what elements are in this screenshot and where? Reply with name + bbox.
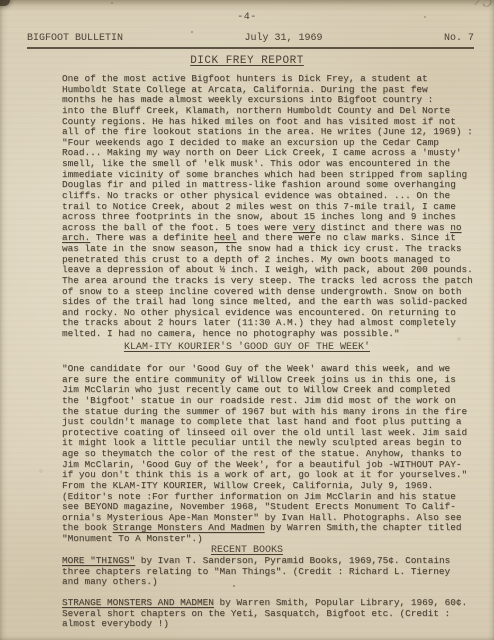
handwritten-corner-mark: 75 <box>471 0 494 11</box>
section-title-text: KLAM-ITY KOURIER'S 'GOOD GUY OF THE WEEK… <box>124 342 370 353</box>
paper-specks <box>0 0 2 2</box>
section-title-dick-frey-report: DICK FREY REPORT <box>0 55 494 67</box>
issue-number: No. 7 <box>444 33 474 44</box>
good-guy-article-text: "One candidate for our 'Good Guy of the … <box>62 364 490 545</box>
book-entry-strange-monsters: STRANGE MONSTERS AND MADMEN by Warren Sm… <box>62 598 490 630</box>
masthead: BIGFOOT BULLETIN July 31, 1969 No. 7 <box>27 33 474 49</box>
newsletter-title: BIGFOOT BULLETIN <box>27 33 123 44</box>
book-entry-more-things: MORE "THINGS" by Ivan T. Sanderson, Pyra… <box>62 556 490 588</box>
section-title-good-guy-of-the-week: KLAM-ITY KOURIER'S 'GOOD GUY OF THE WEEK… <box>0 342 494 353</box>
issue-date: July 31, 1969 <box>244 33 322 44</box>
scanned-page: 75 -4- BIGFOOT BULLETIN July 31, 1969 No… <box>0 0 494 640</box>
dick-frey-report-text: One of the most active Bigfoot hunters i… <box>62 74 490 340</box>
section-title-text: DICK FREY REPORT <box>190 55 304 67</box>
page-number: -4- <box>0 12 494 23</box>
